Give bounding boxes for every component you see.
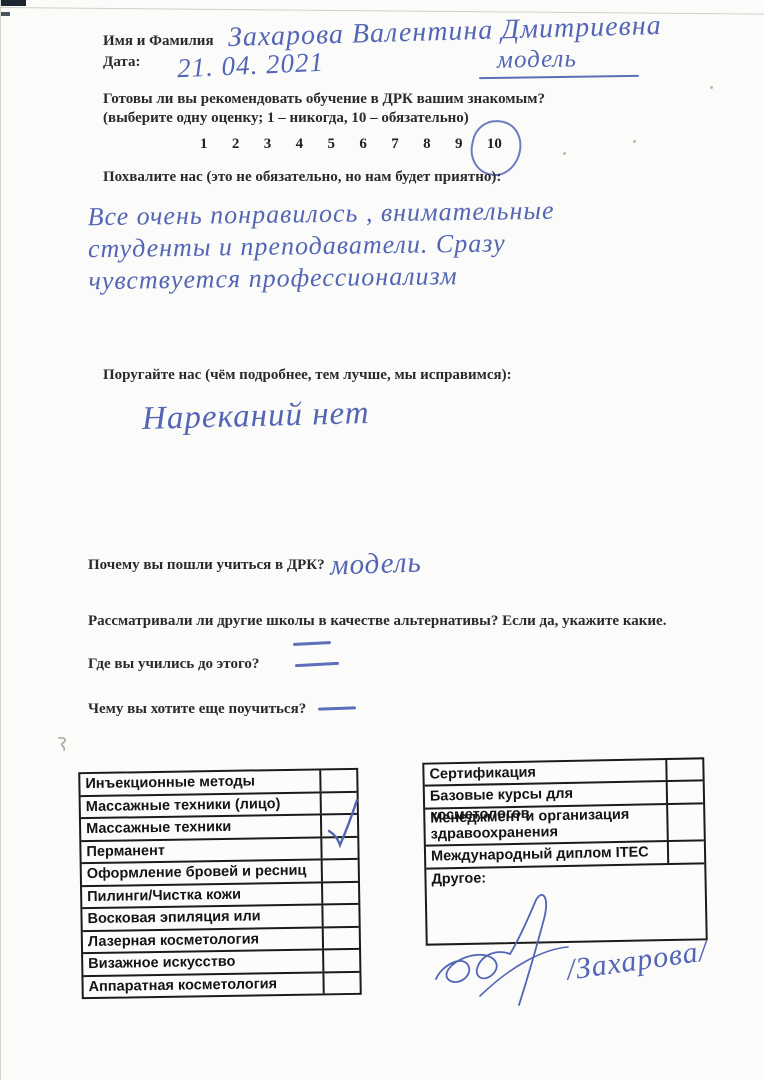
program-label: Сертификация [424, 760, 665, 785]
scan-speckle [633, 140, 636, 143]
date-label: Дата: [103, 53, 140, 72]
course-label: Инъекционные методы [80, 770, 319, 794]
answer-why-drk: модель [329, 546, 422, 582]
rating-option-4: 4 [296, 136, 304, 153]
question-other-schools: Рассматривали ли другие школы в качестве… [88, 612, 666, 631]
date-handwritten-value: 21. 04. 2021 [176, 47, 324, 84]
course-checkbox [321, 882, 358, 903]
courses-table: Инъекционные методы Массажные техники (л… [78, 768, 362, 999]
rating-option-3: 3 [264, 136, 272, 153]
praise-label: Похвалите нас (это не обязательно, но на… [103, 168, 501, 187]
rating-scale: 1 2 3 4 5 6 7 8 9 10 [200, 136, 502, 153]
scan-corner-mark [0, 0, 26, 6]
program-checkbox [667, 841, 704, 863]
praise-line: чувствуется профессионализм [88, 259, 555, 298]
question-why-drk: Почему вы пошли учиться в ДРК? [88, 556, 325, 575]
scan-smudge-mark [56, 736, 70, 754]
name-label: Имя и Фамилия [103, 32, 214, 51]
course-checkbox [322, 950, 359, 971]
name-note-handwritten: модель [497, 45, 577, 74]
praise-line: студенты и преподаватели. Сразу [88, 227, 555, 266]
program-checkbox [666, 781, 703, 803]
rating-option-6: 6 [359, 136, 367, 153]
recommend-question: Готовы ли вы рекомендовать обучение в ДР… [103, 90, 545, 109]
course-label: Оформление бровей и ресниц [82, 860, 321, 884]
scan-corner-mark-small [1, 12, 10, 16]
program-checkbox [665, 759, 702, 780]
answer-learn-more-dash [318, 706, 356, 710]
scan-speckle [710, 86, 713, 89]
criticize-handwritten-answer: Нареканий нет [142, 395, 371, 438]
course-row: Аппаратная косметология [83, 972, 359, 997]
course-checkbox [319, 770, 356, 791]
program-label: Менеджмент и организация здравоохранения [425, 805, 667, 845]
rating-option-9: 9 [455, 136, 463, 153]
rating-option-5: 5 [328, 136, 336, 153]
scan-speckle [563, 152, 566, 155]
course-checkbox [322, 972, 359, 993]
course-label: Лазерная косметология [83, 928, 322, 952]
course-checkbox [322, 927, 359, 948]
rating-option-7: 7 [391, 136, 399, 153]
name-note-underline [479, 75, 639, 79]
course-checkbox [321, 860, 358, 881]
program-label: Международный диплом ITEC [426, 842, 667, 868]
answer-other-schools-dash [293, 641, 331, 645]
checkmark-icon [322, 796, 362, 852]
program-checkbox [666, 804, 704, 840]
course-checkbox [321, 905, 358, 926]
recommend-hint: (выберите одну оценку; 1 – никогда, 10 –… [103, 109, 469, 128]
course-label: Массажные техники (лицо) [81, 793, 320, 817]
program-label: Базовые курсы для косметологов [425, 782, 666, 808]
question-studied-before: Где вы учились до этого? [88, 655, 259, 674]
scan-edge-line [0, 0, 1, 1080]
course-label: Перманент [81, 838, 320, 862]
program-row: Менеджмент и организация здравоохранения [425, 804, 704, 846]
rating-option-2: 2 [232, 136, 240, 153]
course-label: Пилинги/Чистка кожи [82, 883, 321, 907]
course-label: Визажное искусство [83, 950, 322, 974]
criticize-label: Поругайте нас (чём подробнее, тем лучше,… [103, 366, 512, 385]
course-label: Массажные техники (лицо+тело) [81, 815, 320, 839]
answer-studied-before-dash [295, 662, 339, 667]
praise-handwritten-answer: Все очень понравилось , внимательные сту… [87, 195, 555, 298]
rating-option-1: 1 [200, 136, 208, 153]
scanned-feedback-form: Имя и Фамилия Дата: Захарова Валентина Д… [0, 0, 764, 1080]
rating-option-8: 8 [423, 136, 431, 153]
question-learn-more: Чему вы хотите еще поучиться? [88, 700, 306, 719]
course-label: Восковая эпиляция или шугаринг [82, 905, 321, 929]
course-label: Аппаратная косметология [83, 973, 322, 997]
